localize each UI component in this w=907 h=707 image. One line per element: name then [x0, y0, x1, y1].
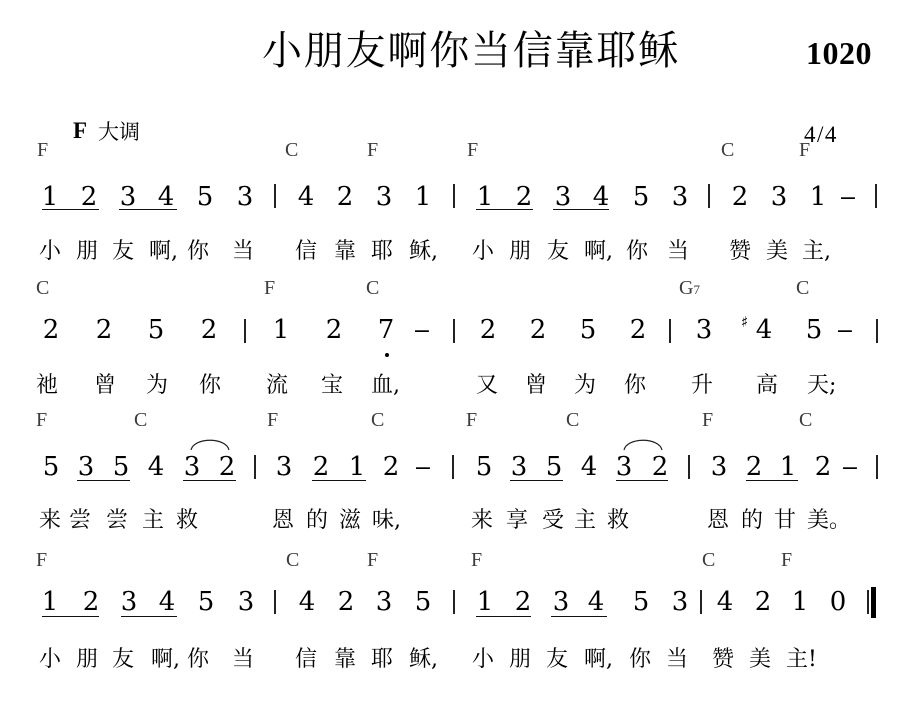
eighth-underline [42, 209, 99, 211]
chord-symbol: F [466, 410, 477, 430]
lyric-syllable: 当 [232, 238, 254, 266]
chord-symbol: F [799, 140, 810, 160]
chord-symbol: C [286, 550, 299, 570]
lyric-syllable: 你 [187, 238, 209, 266]
note: 5 [804, 317, 824, 343]
barline [875, 184, 877, 208]
note: 3 [182, 454, 202, 480]
note: 1 [778, 454, 798, 480]
lyric-syllable: 耶 [371, 238, 393, 266]
eighth-underline [77, 480, 130, 482]
note: 4 [146, 454, 166, 480]
barline [274, 184, 276, 208]
eighth-underline [553, 209, 609, 211]
lyric-syllable: 赞 [712, 646, 734, 674]
barline [274, 590, 276, 614]
chord-symbol: C [796, 278, 809, 298]
lyric-syllable: 小 [472, 646, 494, 674]
note: 1 [271, 317, 291, 343]
eighth-underline [746, 480, 798, 482]
sheet-music-page: 小朋友啊你当信靠耶稣 1020 F 大调 4/4 F C F F C F 1 2… [0, 0, 907, 707]
note: 4 [156, 184, 176, 210]
barline [453, 590, 455, 614]
note-low-octave: 7 [376, 317, 396, 343]
lyric-syllable: 你 [626, 238, 648, 266]
note: 3 [614, 454, 634, 480]
lyric-syllable: 高 [756, 372, 778, 400]
note: 4 [591, 184, 611, 210]
note: 3 [119, 589, 139, 615]
key-mode: 大调 [98, 120, 140, 144]
lyric-syllable: 小 [39, 238, 61, 266]
lyric-syllable: 升 [691, 372, 713, 400]
lyric-syllable: 滋 [339, 507, 361, 535]
lyric-syllable: 尝 [106, 507, 128, 535]
chord-symbol: C [371, 410, 384, 430]
note: 3 [694, 317, 714, 343]
lyric-syllable: 来 [39, 507, 61, 535]
lyric-syllable: 朋 [76, 238, 98, 266]
lyric-syllable: 靠 [334, 238, 356, 266]
sustain-dash: – [409, 317, 435, 343]
note: 3 [236, 589, 256, 615]
tie-arc [190, 437, 230, 451]
chord-symbol: C [799, 410, 812, 430]
chord-symbol: F [702, 410, 713, 430]
note: 3 [553, 184, 573, 210]
note: 2 [199, 317, 219, 343]
lyric-syllable: 啊, [151, 646, 180, 674]
lyric-syllable: 当 [666, 646, 688, 674]
eighth-underline [119, 209, 177, 211]
lyric-syllable: 信 [295, 238, 317, 266]
note: 1 [808, 184, 828, 210]
lyric-syllable: 恩 [272, 507, 294, 535]
chord-symbol: C [566, 410, 579, 430]
lyric-syllable: 流 [266, 372, 288, 400]
chord-symbol: F [467, 140, 478, 160]
lyric-syllable: 友 [546, 646, 568, 674]
note: 2 [650, 454, 670, 480]
lyric-syllable: 友 [547, 238, 569, 266]
lyric-syllable: 的 [741, 507, 763, 535]
lyric-syllable: 享 [506, 507, 528, 535]
note: 2 [813, 454, 833, 480]
eighth-underline [510, 480, 563, 482]
lyric-syllable: 耶 [371, 646, 393, 674]
lyric-syllable: 你 [624, 372, 646, 400]
lyric-syllable: 血, [371, 372, 400, 400]
note: 3 [76, 454, 96, 480]
barline [876, 319, 878, 343]
note: 2 [514, 184, 534, 210]
note: 3 [551, 589, 571, 615]
chord-symbol: C [366, 278, 379, 298]
lyric-syllable: 又 [476, 372, 498, 400]
eighth-underline [616, 480, 668, 482]
note: 5 [111, 454, 131, 480]
note: 5 [631, 184, 651, 210]
lyric-syllable: 朋 [509, 238, 531, 266]
lyric-syllable: 靠 [334, 646, 356, 674]
lyric-syllable: 的 [306, 507, 328, 535]
lyric-syllable: 你 [629, 646, 651, 674]
sharp-accidental: ♯ [741, 315, 748, 330]
eighth-underline [476, 209, 533, 211]
note: 4 [157, 589, 177, 615]
chord-symbol: C [36, 278, 49, 298]
note: 2 [94, 317, 114, 343]
sustain-dash: – [832, 317, 858, 343]
note: 3 [709, 454, 729, 480]
lyric-syllable: 小 [472, 238, 494, 266]
tie-arc [623, 437, 663, 451]
lyric-syllable: 恩 [707, 507, 729, 535]
note: 2 [528, 317, 548, 343]
lyric-syllable: 小 [39, 646, 61, 674]
lyric-syllable: 美 [766, 238, 788, 266]
note: 2 [753, 589, 773, 615]
chord-symbol: F [36, 550, 47, 570]
chord-symbol: F [36, 410, 47, 430]
barline [452, 455, 454, 479]
hymn-number: 1020 [806, 37, 872, 69]
note: 1 [790, 589, 810, 615]
lyric-syllable: 啊, [584, 646, 613, 674]
note: 4 [579, 454, 599, 480]
lyric-syllable: 朋 [509, 646, 531, 674]
note: 2 [336, 589, 356, 615]
lyric-syllable: 天; [807, 372, 836, 400]
eighth-underline [312, 480, 366, 482]
note: 2 [730, 184, 750, 210]
note: 3 [374, 589, 394, 615]
note: 2 [217, 454, 237, 480]
note: 2 [311, 454, 331, 480]
chord-symbol: F [781, 550, 792, 570]
eighth-underline [551, 616, 607, 618]
sustain-dash: – [835, 184, 861, 210]
lyric-syllable: 美 [749, 646, 771, 674]
note: 3 [274, 454, 294, 480]
note: 1 [347, 454, 367, 480]
lyric-syllable: 受 [542, 507, 564, 535]
note: 3 [235, 184, 255, 210]
lyric-syllable: 你 [187, 646, 209, 674]
lyric-syllable: 宝 [321, 372, 343, 400]
note: 2 [381, 454, 401, 480]
chord-symbol: F [264, 278, 275, 298]
barline [453, 184, 455, 208]
note: 3 [374, 184, 394, 210]
lyric-syllable: 啊, [149, 238, 178, 266]
note: 2 [628, 317, 648, 343]
note: 3 [118, 184, 138, 210]
lyric-syllable: 朋 [76, 646, 98, 674]
eighth-underline [42, 616, 99, 618]
eighth-underline [476, 616, 531, 618]
note: 2 [335, 184, 355, 210]
note: 1 [413, 184, 433, 210]
low-octave-dot [385, 353, 389, 357]
lyric-syllable: 祂 [36, 372, 58, 400]
lyric-syllable: 你 [199, 372, 221, 400]
eighth-underline [121, 616, 177, 618]
lyric-syllable: 救 [607, 507, 629, 535]
lyric-syllable: 友 [112, 646, 134, 674]
note: 3 [509, 454, 529, 480]
lyric-syllable: 美。 [807, 507, 851, 535]
note: 5 [146, 317, 166, 343]
note: 4 [297, 589, 317, 615]
key-note: F [73, 119, 87, 142]
note: 5 [631, 589, 651, 615]
note: 5 [195, 184, 215, 210]
barline [669, 319, 671, 343]
note: 5 [578, 317, 598, 343]
chord-symbol: F [37, 140, 48, 160]
note: 2 [79, 184, 99, 210]
chord-symbol: C [285, 140, 298, 160]
note: 2 [81, 589, 101, 615]
note: 3 [670, 184, 690, 210]
note: 2 [744, 454, 764, 480]
chord-symbol-seventh: G7 [679, 278, 700, 300]
note: 5 [413, 589, 433, 615]
note: 2 [513, 589, 533, 615]
final-barline-thin [867, 590, 869, 614]
note: 5 [544, 454, 564, 480]
chord-symbol: F [367, 140, 378, 160]
chord-symbol: F [471, 550, 482, 570]
lyric-syllable: 当 [232, 646, 254, 674]
chord-symbol: C [702, 550, 715, 570]
sustain-dash: – [837, 454, 863, 480]
sustain-dash: – [410, 454, 436, 480]
lyric-syllable: 赞 [729, 238, 751, 266]
note: 1 [40, 184, 60, 210]
lyric-syllable: 主, [802, 238, 831, 266]
note: 5 [41, 454, 61, 480]
lyric-syllable: 主 [574, 507, 596, 535]
lyric-syllable: 友 [112, 238, 134, 266]
barline [876, 455, 878, 479]
lyric-syllable: 为 [146, 372, 168, 400]
chord-symbol: F [267, 410, 278, 430]
lyric-syllable: 曾 [525, 372, 547, 400]
chord-symbol: F [367, 550, 378, 570]
final-barline-thick [871, 587, 876, 618]
lyric-syllable: 救 [176, 507, 198, 535]
note: 4 [586, 589, 606, 615]
barline [254, 455, 256, 479]
lyric-syllable: 来 [471, 507, 493, 535]
note: 2 [41, 317, 61, 343]
lyric-syllable: 尝 [69, 507, 91, 535]
lyric-syllable: 主! [786, 646, 817, 674]
note: 5 [196, 589, 216, 615]
lyric-syllable: 甘 [774, 507, 796, 535]
lyric-syllable: 当 [667, 238, 689, 266]
song-title: 小朋友啊你当信靠耶稣 [262, 29, 680, 73]
lyric-syllable: 味, [372, 507, 401, 535]
lyric-syllable: 稣, [409, 646, 438, 674]
note: 2 [478, 317, 498, 343]
note: 4 [296, 184, 316, 210]
note: 1 [475, 589, 495, 615]
barline [700, 590, 702, 614]
note: 3 [769, 184, 789, 210]
barline [708, 184, 710, 208]
barline [244, 319, 246, 343]
chord-symbol: C [134, 410, 147, 430]
lyric-syllable: 信 [295, 646, 317, 674]
lyric-syllable: 曾 [94, 372, 116, 400]
lyric-syllable: 啊, [584, 238, 613, 266]
eighth-underline [183, 480, 236, 482]
note: 2 [324, 317, 344, 343]
rest: 0 [828, 589, 848, 615]
lyric-syllable: 主 [142, 507, 164, 535]
chord-symbol: C [721, 140, 734, 160]
note-sharp: 4 [754, 317, 774, 343]
lyric-syllable: 稣, [409, 238, 438, 266]
note: 1 [475, 184, 495, 210]
note: 3 [670, 589, 690, 615]
note: 4 [715, 589, 735, 615]
barline [688, 455, 690, 479]
note: 5 [474, 454, 494, 480]
lyric-syllable: 为 [574, 372, 596, 400]
barline [453, 319, 455, 343]
note: 1 [40, 589, 60, 615]
